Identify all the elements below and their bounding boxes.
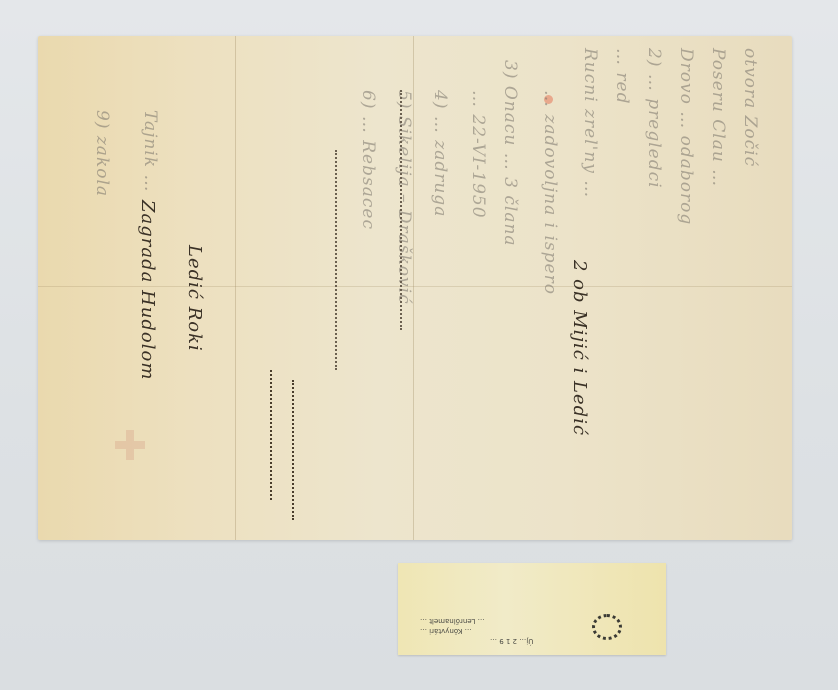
stamp-text: … Könyvtári … bbox=[420, 627, 472, 635]
stamp-text: … Lenrőlnamelt … bbox=[420, 617, 485, 625]
text-line: Rucni zrel'ny … bbox=[580, 48, 600, 198]
ink-text-line: Zagrada Hudolom bbox=[137, 200, 158, 380]
text-line: 6) … Rebsacec bbox=[358, 90, 378, 230]
fold-line bbox=[235, 36, 236, 540]
ink-strike-line bbox=[292, 380, 297, 520]
ink-strike-line bbox=[270, 370, 275, 500]
text-line: Tajnik … bbox=[140, 110, 160, 193]
ink-strike-line bbox=[335, 150, 340, 370]
ink-text-line: Ledić Roki bbox=[184, 245, 205, 352]
text-line: … red bbox=[612, 48, 632, 104]
faded-red-cross-mark bbox=[115, 430, 145, 460]
ink-text-line: 2 ob Mijić i Ledić bbox=[569, 260, 590, 436]
text-line: … zadovoljna i ispero bbox=[540, 90, 560, 295]
text-line: 9) zakola bbox=[92, 110, 112, 197]
text-line: 4) … zadruga bbox=[430, 90, 450, 217]
text-line: … 22-VI-1950 bbox=[468, 90, 488, 219]
text-line: 3) Onacu … 3 člana bbox=[500, 60, 520, 247]
text-line: 2) … pregledci bbox=[644, 48, 664, 189]
text-line: Drovo … odaborog bbox=[676, 48, 696, 225]
stamp-text: Új… 2 1 9 … bbox=[490, 637, 533, 645]
text-line: otvora Zočić bbox=[740, 48, 760, 167]
library-stamp-globe-icon bbox=[592, 614, 622, 640]
ink-strike-line bbox=[400, 90, 405, 330]
text-line: Poseru Clau … bbox=[708, 48, 728, 187]
